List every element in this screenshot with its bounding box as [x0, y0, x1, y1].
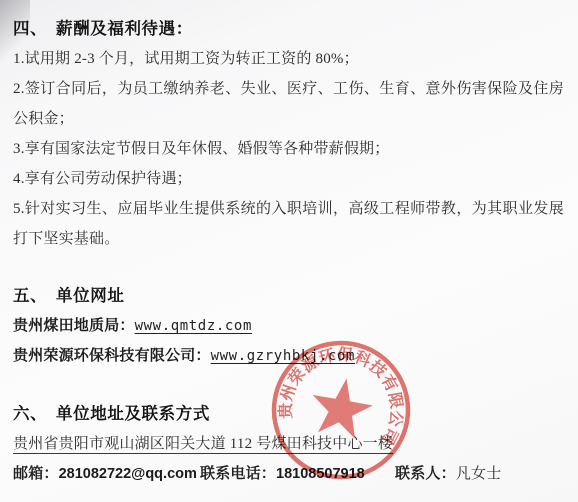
- scanned-document-page: 四、 薪酬及福利待遇： 1.试用期 2-3 个月，试用期工资为转正工资的 80%…: [0, 0, 578, 502]
- salary-item-1: 1.试用期 2-3 个月，试用期工资为转正工资的 80%；: [13, 44, 564, 74]
- website-section-heading: 五、 单位网址: [13, 281, 564, 311]
- section-website: 五、 单位网址 贵州煤田地质局：www.qmtdz.com 贵州荣源环保科技有限…: [13, 281, 564, 371]
- phone-field: 联系电话：18108507918: [200, 459, 365, 489]
- email-value: 281082722@qq.com: [59, 466, 197, 482]
- salary-item-3: 3.享有国家法定节假日及年休假、婚假等各种带薪假期；: [13, 134, 564, 164]
- email-label: 邮箱：: [13, 466, 59, 482]
- contact-person-value: 凡女士: [456, 466, 502, 482]
- phone-value: 18108507918: [276, 466, 365, 482]
- salary-section-heading: 四、 薪酬及福利待遇：: [13, 14, 564, 44]
- phone-label: 联系电话：: [200, 466, 276, 482]
- website-url: www.gzryhbkj.com: [211, 348, 355, 364]
- contact-person-field: 联系人：凡女士: [395, 459, 501, 489]
- section-salary-benefits: 四、 薪酬及福利待遇： 1.试用期 2-3 个月，试用期工资为转正工资的 80%…: [13, 14, 564, 254]
- salary-item-4: 4.享有公司劳动保护待遇；: [13, 164, 564, 194]
- website-entry-label: 贵州荣源环保科技有限公司：: [13, 348, 211, 364]
- salary-item-5: 5.针对实习生、应届毕业生提供系统的入职培训，高级工程师带教，为其职业发展打下坚…: [13, 194, 564, 254]
- website-entry-label: 贵州煤田地质局：: [13, 318, 135, 334]
- website-url: www.qmtdz.com: [135, 318, 252, 334]
- contact-person-label: 联系人：: [395, 466, 456, 482]
- salary-item-2: 2.签订合同后，为员工缴纳养老、失业、医疗、工伤、生育、意外伤害保险及住房公积金…: [13, 74, 564, 134]
- address-text: 贵州省贵阳市观山湖区阳关大道 112 号煤田科技中心一楼: [13, 436, 393, 454]
- section-address-contact: 六、 单位地址及联系方式 贵州省贵阳市观山湖区阳关大道 112 号煤田科技中心一…: [13, 399, 564, 489]
- website-entry: 贵州荣源环保科技有限公司：www.gzryhbkj.com: [13, 341, 564, 371]
- address-line: 贵州省贵阳市观山湖区阳关大道 112 号煤田科技中心一楼: [13, 429, 564, 459]
- website-entry: 贵州煤田地质局：www.qmtdz.com: [13, 311, 564, 341]
- contact-row: 邮箱：281082722@qq.com 联系电话：18108507918 联系人…: [13, 459, 564, 489]
- contact-section-heading: 六、 单位地址及联系方式: [13, 399, 564, 429]
- email-field: 邮箱：281082722@qq.com: [13, 459, 197, 489]
